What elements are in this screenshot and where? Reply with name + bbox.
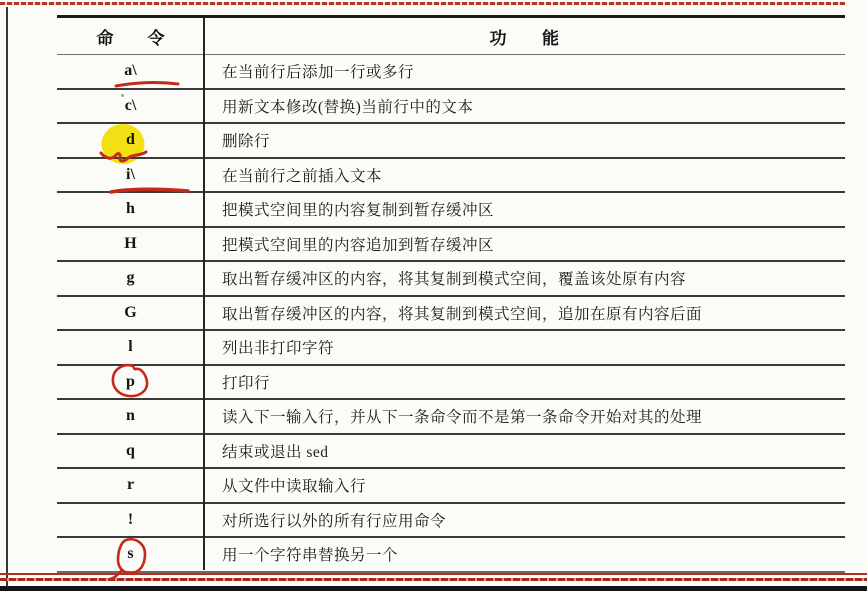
scanned-document-page: 命 令 功 能 a\在当前行后添加一行或多行c\用新文本修改(替换)当前行中的文… [0,0,867,591]
table-header-row: 命 令 功 能 [57,18,845,55]
function-cell: 对所选行以外的所有行应用命令 [204,504,845,537]
function-cell: 读入下一输入行，并从下一条命令而不是第一条命令开始对其的处理 [204,400,845,433]
function-cell: 取出暂存缓冲区的内容，将其复制到模式空间，覆盖该处原有内容 [204,262,845,295]
command-cell: a\ [57,55,204,88]
command-cell: c\ [57,90,204,123]
command-cell: H [57,228,204,261]
table-row: s用一个字符串替换另一个 [57,538,845,573]
table-row: q结束或退出 sed [57,435,845,470]
command-cell: ! [57,504,204,537]
command-column-header: 命 令 [57,18,204,54]
function-cell: 在当前行后添加一行或多行 [204,55,845,88]
function-cell: 打印行 [204,366,845,399]
command-cell: p [57,366,204,399]
top-red-dashed-rule [0,2,845,5]
command-cell: s [57,538,204,571]
column-divider-line [203,18,205,570]
table-row: r从文件中读取输入行 [57,469,845,504]
command-cell: r [57,469,204,502]
function-cell: 把模式空间里的内容追加到暂存缓冲区 [204,228,845,261]
bottom-red-rule [0,573,867,575]
command-cell: G [57,297,204,330]
table-row: n读入下一输入行，并从下一条命令而不是第一条命令开始对其的处理 [57,400,845,435]
table-row: !对所选行以外的所有行应用命令 [57,504,845,539]
function-cell: 把模式空间里的内容复制到暂存缓冲区 [204,193,845,226]
table-row: c\用新文本修改(替换)当前行中的文本 [57,90,845,125]
bottom-red-dashed-rule [0,578,867,581]
function-cell: 从文件中读取输入行 [204,469,845,502]
table-row: g取出暂存缓冲区的内容，将其复制到模式空间，覆盖该处原有内容 [57,262,845,297]
function-cell: 结束或退出 sed [204,435,845,468]
table-body: a\在当前行后添加一行或多行c\用新文本修改(替换)当前行中的文本d删除行i\在… [57,55,845,573]
function-cell: 删除行 [204,124,845,157]
command-cell: i\ [57,159,204,192]
command-cell: l [57,331,204,364]
table-row: l列出非打印字符 [57,331,845,366]
function-cell: 用一个字符串替换另一个 [204,538,845,571]
function-cell: 列出非打印字符 [204,331,845,364]
command-cell: g [57,262,204,295]
sed-command-table: 命 令 功 能 a\在当前行后添加一行或多行c\用新文本修改(替换)当前行中的文… [57,15,845,570]
table-row: a\在当前行后添加一行或多行 [57,55,845,90]
table-row: p打印行 [57,366,845,401]
command-cell: n [57,400,204,433]
function-cell: 在当前行之前插入文本 [204,159,845,192]
table-row: H把模式空间里的内容追加到暂存缓冲区 [57,228,845,263]
table-row: h把模式空间里的内容复制到暂存缓冲区 [57,193,845,228]
left-page-edge-line [6,7,8,591]
command-cell: h [57,193,204,226]
table-row: d删除行 [57,124,845,159]
table-row: G取出暂存缓冲区的内容，将其复制到模式空间，追加在原有内容后面 [57,297,845,332]
function-cell: 用新文本修改(替换)当前行中的文本 [204,90,845,123]
function-column-header: 功 能 [204,18,845,54]
command-cell: q [57,435,204,468]
bottom-black-strip [0,586,867,591]
function-cell: 取出暂存缓冲区的内容，将其复制到模式空间，追加在原有内容后面 [204,297,845,330]
command-cell: d [57,124,204,157]
table-row: i\在当前行之前插入文本 [57,159,845,194]
